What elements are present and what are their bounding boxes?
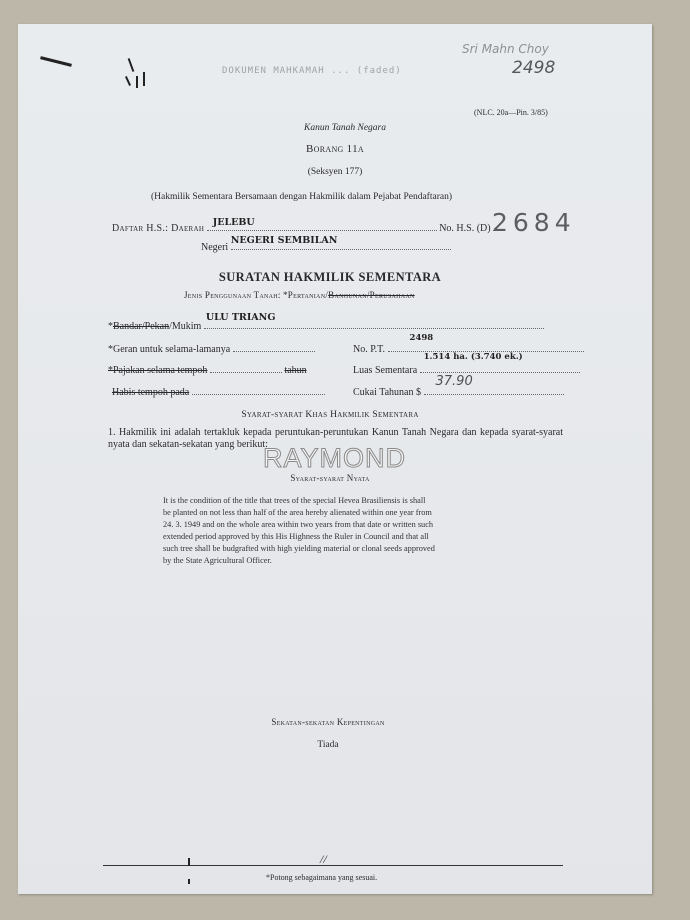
express-conditions-heading: Syarat-syarat Nyata bbox=[0, 473, 660, 483]
pt-label: No. P.T. bbox=[353, 344, 385, 355]
mukim-value: ULU TRIANG bbox=[206, 312, 276, 323]
special-conditions-heading: Syarat-syarat Khas Hakmilik Sementara bbox=[0, 410, 660, 420]
tahun-label: tahun bbox=[284, 365, 306, 376]
restrictions-value: Tiada bbox=[0, 740, 656, 750]
bandar-pekan-struck: Bandar/Pekan bbox=[113, 321, 169, 332]
pajakan-row: *Pajakan selama tempoh tahun bbox=[108, 362, 307, 376]
cukai-row: Cukai Tahunan $ 37.90 bbox=[353, 384, 564, 398]
pen-mark bbox=[143, 72, 145, 86]
hs-label: No. H.S. (D) bbox=[439, 223, 490, 234]
footer-note: *Potong sebagaimana yang sesuai. bbox=[266, 873, 377, 882]
express-conditions-text: It is the condition of the title that tr… bbox=[163, 495, 435, 567]
faded-stamp: DOKUMEN MAHKAMAH ... (faded) bbox=[222, 66, 402, 76]
daerah-field: JELEBU bbox=[207, 220, 437, 231]
handwritten-number: 2498 bbox=[512, 58, 555, 78]
daftar-label: Daftar H.S.: Daerah bbox=[112, 223, 204, 234]
land-use-struck: Bangunan/Perusahaan bbox=[328, 290, 415, 300]
cukai-value: 37.90 bbox=[436, 374, 473, 389]
mukim-label: /Mukim bbox=[169, 321, 201, 332]
form-code: (NLC. 20a—Pin. 3/85) bbox=[474, 108, 548, 117]
pen-mark bbox=[188, 858, 190, 866]
habis-label: Habis tempoh pada bbox=[112, 387, 189, 398]
negeri-value: NEGERI SEMBILAN bbox=[231, 235, 338, 246]
mukim-field: ULU TRIANG bbox=[204, 318, 544, 329]
form-name: Borang 11a bbox=[0, 143, 670, 155]
land-use-label: Jenis Penggunaan Tanah: bbox=[184, 290, 281, 300]
cukai-field: 37.90 bbox=[424, 384, 564, 395]
luas-value: 1.514 ha. (3.740 ek.) bbox=[424, 352, 523, 362]
pen-mark bbox=[188, 879, 190, 884]
negeri-label: Negeri bbox=[201, 242, 228, 253]
land-use-active: *Pertanian/ bbox=[283, 290, 328, 300]
geran-label: *Geran untuk selama-lamanya bbox=[108, 344, 230, 355]
daerah-value: JELEBU bbox=[213, 217, 255, 228]
daftar-row: Daftar H.S.: Daerah JELEBU No. H.S. (D) bbox=[112, 220, 501, 234]
negeri-row: Negeri NEGERI SEMBILAN bbox=[201, 239, 451, 253]
pt-field: 2498 bbox=[388, 341, 584, 352]
restrictions-heading: Sekatan-sekatan Kepentingan bbox=[0, 717, 656, 727]
geran-row: *Geran untuk selama-lamanya bbox=[108, 341, 315, 355]
mukim-row: *Bandar/Pekan/Mukim ULU TRIANG bbox=[108, 318, 544, 332]
footer-rule bbox=[103, 865, 563, 866]
cukai-label: Cukai Tahunan $ bbox=[353, 387, 421, 398]
land-use-row: Jenis Penggunaan Tanah: *Pertanian/Bangu… bbox=[184, 290, 415, 300]
pen-mark bbox=[136, 76, 138, 88]
document-title: SURATAN HAKMILIK SEMENTARA bbox=[0, 270, 660, 285]
handwritten-note: Sri Mahn Choy bbox=[462, 42, 549, 56]
habis-row: Habis tempoh pada bbox=[112, 384, 325, 398]
luas-field: 1.514 ha. (3.740 ek.) bbox=[420, 362, 580, 373]
act-name: Kanun Tanah Negara bbox=[0, 123, 690, 133]
watermark: RAYMOND bbox=[263, 443, 406, 474]
luas-label: Luas Sementara bbox=[353, 365, 417, 376]
hs-number: 2684 bbox=[492, 208, 576, 237]
pen-scribble: // bbox=[320, 852, 327, 867]
section-ref: (Seksyen 177) bbox=[0, 167, 670, 177]
negeri-field: NEGERI SEMBILAN bbox=[231, 239, 451, 250]
pt-value: 2498 bbox=[410, 333, 434, 343]
pajakan-label: *Pajakan selama tempoh bbox=[108, 365, 207, 376]
form-subtitle: (Hakmilik Sementara Bersamaan dengan Hak… bbox=[151, 192, 452, 202]
